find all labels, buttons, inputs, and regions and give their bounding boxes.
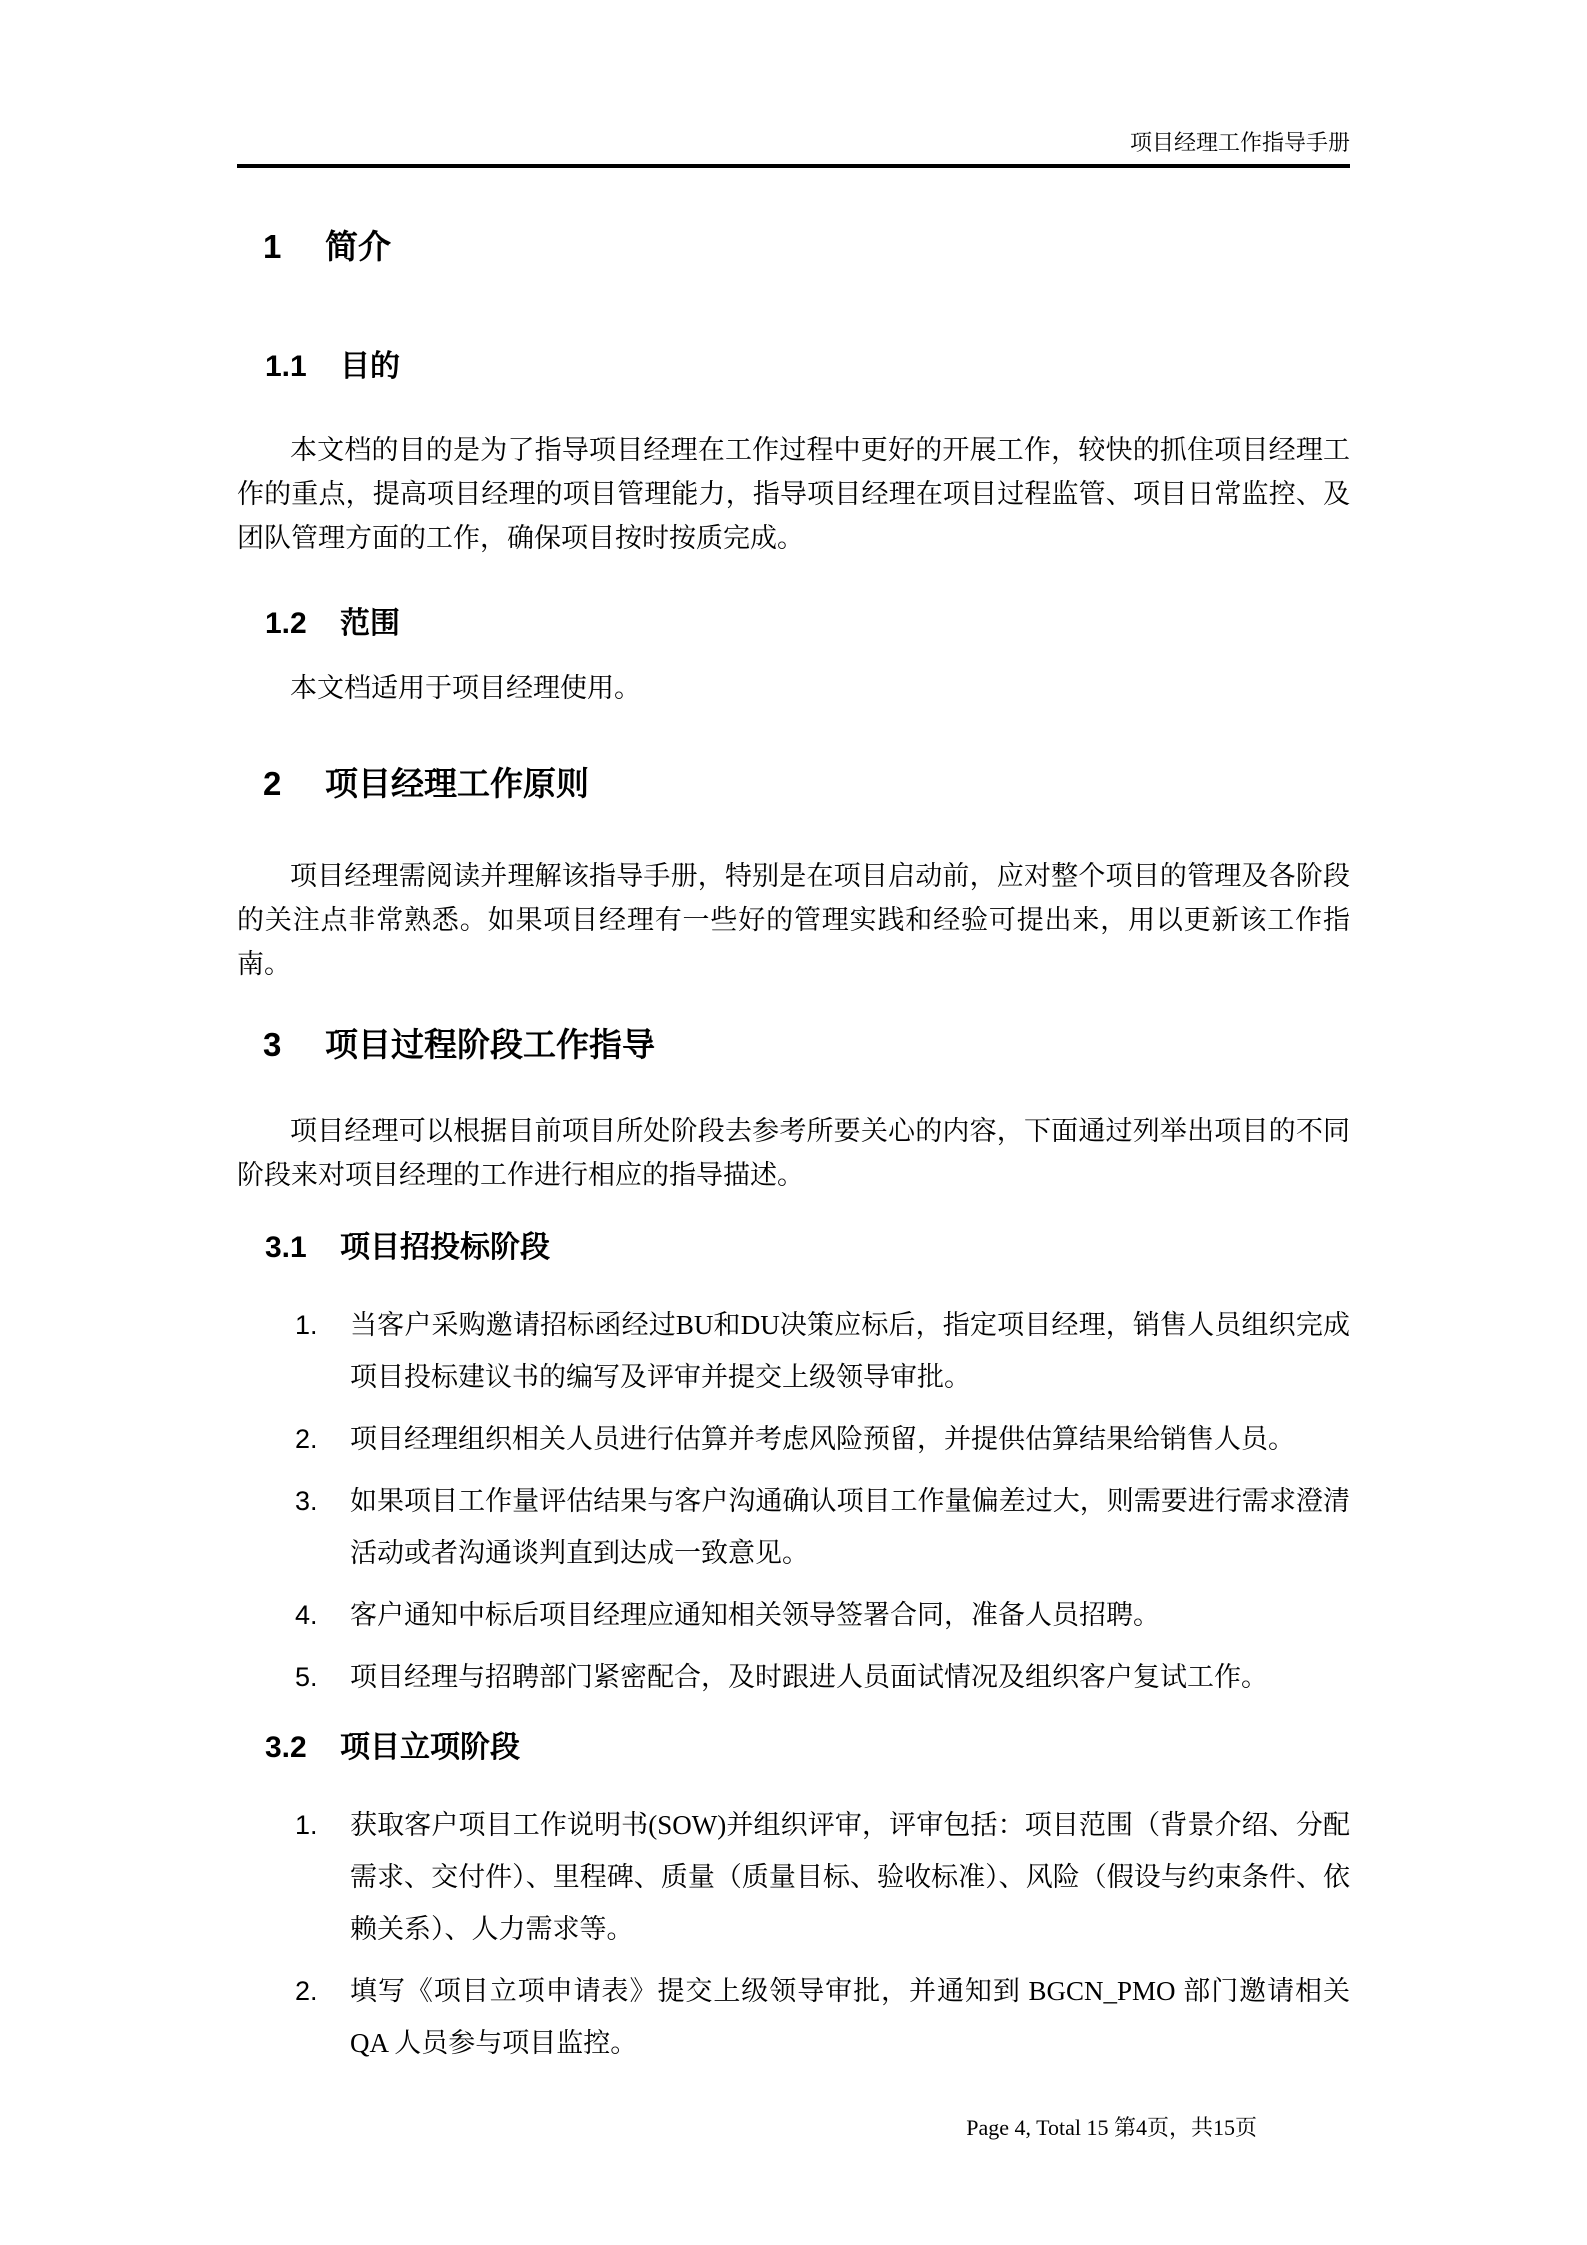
paragraph-scope: 本文档适用于项目经理使用。 [237,666,1350,710]
heading-number: 3 [263,1028,325,1062]
list-item-number: 2. [295,1965,350,2069]
page-header: 项目经理工作指导手册 [237,0,1350,168]
list-item: 1. 获取客户项目工作说明书(SOW)并组织评审，评审包括：项目范围（背景介绍、… [237,1799,1350,1955]
header-title: 项目经理工作指导手册 [1130,130,1350,155]
list-item-text: 获取客户项目工作说明书(SOW)并组织评审，评审包括：项目范围（背景介绍、分配需… [350,1799,1350,1955]
list-item-text: 填写《项目立项申请表》提交上级领导审批，并通知到 BGCN_PMO 部门邀请相关… [350,1965,1350,2069]
heading-2-principles: 2 项目经理工作原则 [263,767,1350,801]
page-footer: Page 4, Total 15 第4页，共15页 [966,2113,1257,2143]
heading-number: 2 [263,767,325,801]
heading-title: 项目立项阶段 [340,1732,520,1763]
heading-number: 1.2 [265,608,340,639]
list-item: 2. 填写《项目立项申请表》提交上级领导审批，并通知到 BGCN_PMO 部门邀… [237,1965,1350,2069]
list-item-text: 项目经理与招聘部门紧密配合，及时跟进人员面试情况及组织客户复试工作。 [350,1651,1350,1703]
heading-title: 项目经理工作原则 [325,767,589,801]
heading-number: 3.2 [265,1732,340,1763]
heading-title: 范围 [340,608,400,639]
bidding-phase-list: 1. 当客户采购邀请招标函经过BU和DU决策应标后，指定项目经理，销售人员组织完… [237,1299,1350,1703]
list-item-number: 5. [295,1651,350,1703]
heading-1-2-scope: 1.2 范围 [265,608,1350,639]
initiation-phase-list: 1. 获取客户项目工作说明书(SOW)并组织评审，评审包括：项目范围（背景介绍、… [237,1799,1350,2069]
heading-3-2-initiation-phase: 3.2 项目立项阶段 [265,1732,1350,1763]
paragraph-stages: 项目经理可以根据目前项目所处阶段去参考所要关心的内容，下面通过列举出项目的不同阶… [237,1109,1350,1197]
heading-1-intro: 1 简介 [263,230,1350,264]
heading-title: 简介 [325,230,391,264]
list-item: 5. 项目经理与招聘部门紧密配合，及时跟进人员面试情况及组织客户复试工作。 [237,1651,1350,1703]
heading-1-1-purpose: 1.1 目的 [265,351,1350,382]
list-item-number: 1. [295,1799,350,1955]
heading-number: 3.1 [265,1232,340,1263]
list-item: 2. 项目经理组织相关人员进行估算并考虑风险预留，并提供估算结果给销售人员。 [237,1413,1350,1465]
list-item-text: 如果项目工作量评估结果与客户沟通确认项目工作量偏差过大，则需要进行需求澄清活动或… [350,1475,1350,1579]
document-page: 项目经理工作指导手册 1 简介 1.1 目的 本文档的目的是为了指导项目经理在工… [0,0,1587,2245]
heading-title: 项目过程阶段工作指导 [325,1028,655,1062]
list-item-text: 项目经理组织相关人员进行估算并考虑风险预留，并提供估算结果给销售人员。 [350,1413,1350,1465]
page-number-text: Page 4, Total 15 第4页，共15页 [966,2115,1257,2140]
heading-3-1-bidding-phase: 3.1 项目招投标阶段 [265,1232,1350,1263]
list-item-number: 1. [295,1299,350,1403]
heading-title: 目的 [340,351,400,382]
list-item: 3. 如果项目工作量评估结果与客户沟通确认项目工作量偏差过大，则需要进行需求澄清… [237,1475,1350,1579]
list-item: 4. 客户通知中标后项目经理应通知相关领导签署合同，准备人员招聘。 [237,1589,1350,1641]
list-item: 1. 当客户采购邀请招标函经过BU和DU决策应标后，指定项目经理，销售人员组织完… [237,1299,1350,1403]
paragraph-purpose: 本文档的目的是为了指导项目经理在工作过程中更好的开展工作，较快的抓住项目经理工作… [237,428,1350,560]
heading-title: 项目招投标阶段 [340,1232,550,1263]
list-item-number: 2. [295,1413,350,1465]
heading-number: 1 [263,230,325,264]
list-item-number: 4. [295,1589,350,1641]
heading-number: 1.1 [265,351,340,382]
heading-3-process-stages: 3 项目过程阶段工作指导 [263,1028,1350,1062]
list-item-text: 客户通知中标后项目经理应通知相关领导签署合同，准备人员招聘。 [350,1589,1350,1641]
paragraph-principles: 项目经理需阅读并理解该指导手册，特别是在项目启动前，应对整个项目的管理及各阶段的… [237,854,1350,986]
list-item-text: 当客户采购邀请招标函经过BU和DU决策应标后，指定项目经理，销售人员组织完成项目… [350,1299,1350,1403]
list-item-number: 3. [295,1475,350,1579]
document-body: 1 简介 1.1 目的 本文档的目的是为了指导项目经理在工作过程中更好的开展工作… [237,230,1350,2069]
